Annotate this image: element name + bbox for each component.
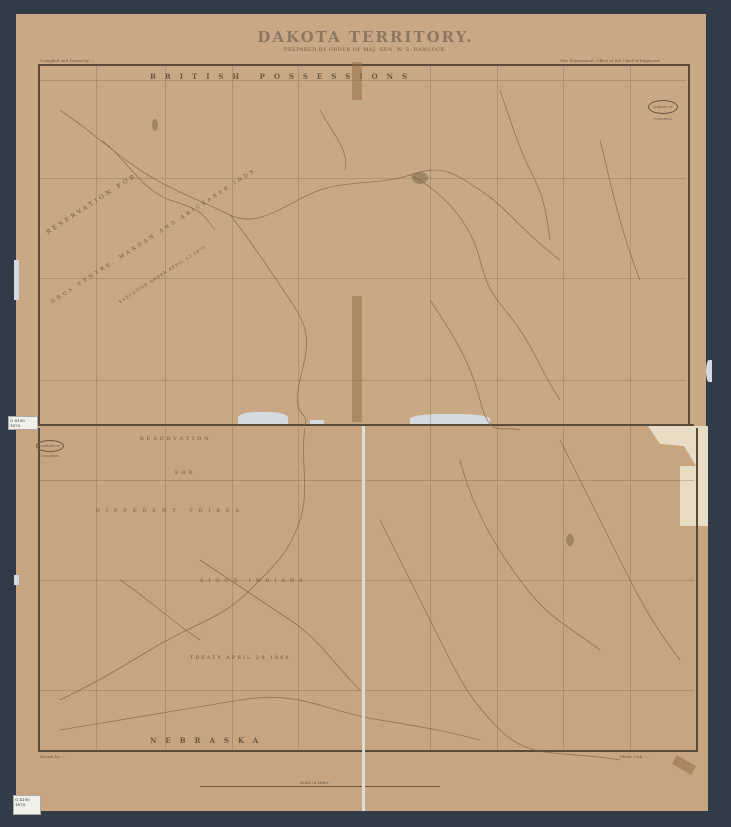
label-british-possessions: BRITISH POSSESSIONS [150,72,416,81]
repair-tape [352,62,362,100]
label-sioux-indians: SIOUX INDIANS [200,578,308,584]
map-subtitle: PREPARED BY ORDER OF MAJ. GEN. W. S. HAN… [0,47,731,53]
lithographer-note: Photo. Lith. ... [620,754,649,759]
library-stamp: LIBRARY OF CONGRESS [36,440,64,452]
scale-label: Scale of Miles [300,780,329,785]
label-treaty: TREATY APRIL 29 1868 [190,655,291,661]
label-reservation: RESERVATION [140,436,211,442]
rivers-drainage [0,0,731,827]
library-stamp: LIBRARY OF CONGRESS [648,100,678,114]
draftsman-note: Drawn by ... [40,754,65,759]
repair-tape [352,296,362,422]
label-for: FOR [175,470,195,476]
scale-bar [200,786,440,790]
label-nebraska: NEBRASKA [150,736,267,745]
catalog-label: G 4190 1870 [8,416,38,430]
label-different-tribes: DIFFERENT TRIBES [96,508,245,514]
compiler-note: Compiled and Drawn by ... [40,58,94,63]
catalog-label: G 4190 1870 [13,795,41,815]
office-note: War Department, Office of the Chief of E… [560,58,660,63]
sheet-seam [362,426,365,811]
map-title: DAKOTA TERRITORY. [0,28,731,46]
